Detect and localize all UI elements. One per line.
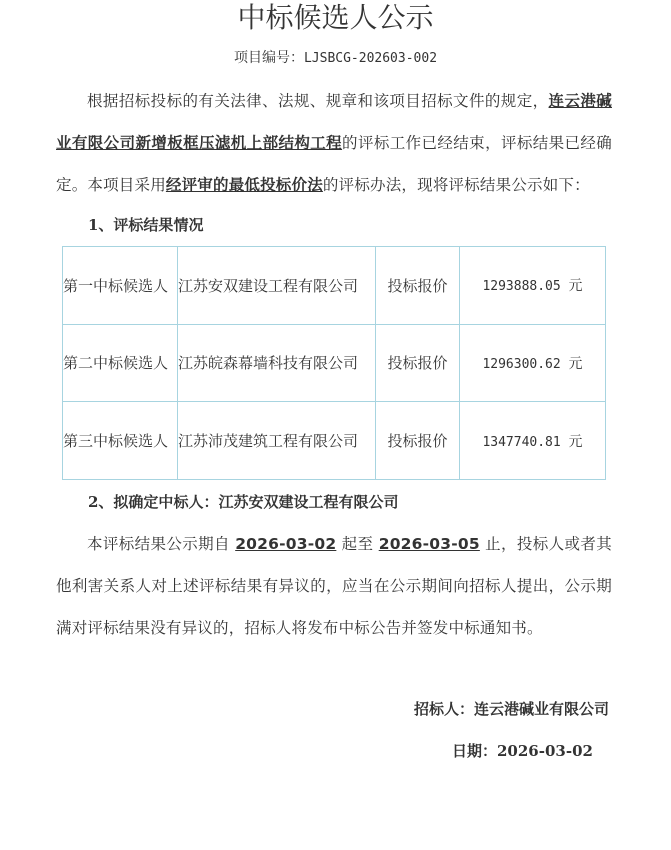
candidate-company: 江苏安双建设工程有限公司: [178, 247, 376, 325]
project-number: 项目编号：LJSBCG-202603-002: [0, 48, 671, 69]
price-unit: 元: [569, 434, 583, 450]
candidate-company: 江苏沛茂建筑工程有限公司: [178, 402, 376, 480]
price-label: 投标报价: [376, 324, 460, 402]
table-row: 第三中标候选人 江苏沛茂建筑工程有限公司 投标报价 1347740.81 元: [63, 402, 606, 480]
bid-price: 1296300.62 元: [460, 324, 606, 402]
price-label: 投标报价: [376, 247, 460, 325]
price-unit: 元: [569, 356, 583, 372]
intro-suffix: 的评标办法，现将评标结果公示如下：: [323, 176, 590, 194]
notice-part1: 本评标结果公示期自: [87, 535, 235, 553]
intro-prefix: 根据招标投标的有关法律、法规、规章和该项目招标文件的规定，: [87, 92, 549, 110]
notice-part2: 起至: [336, 535, 378, 553]
price-value: 1296300.62: [482, 357, 560, 372]
table-row: 第一中标候选人 江苏安双建设工程有限公司 投标报价 1293888.05 元: [63, 247, 606, 325]
intro-paragraph: 根据招标投标的有关法律、法规、规章和该项目招标文件的规定，连云港碱业有限公司新增…: [56, 80, 612, 206]
table-row: 第二中标候选人 江苏皖森幕墙科技有限公司 投标报价 1296300.62 元: [63, 324, 606, 402]
evaluation-method: 经评审的最低投标价法: [166, 176, 323, 194]
bid-price: 1347740.81 元: [460, 402, 606, 480]
candidate-rank: 第三中标候选人: [63, 402, 178, 480]
section-heading-winner: 2、拟确定中标人：江苏安双建设工程有限公司: [88, 491, 398, 512]
section-heading-results: 1、评标结果情况: [88, 214, 203, 235]
candidate-rank: 第二中标候选人: [63, 324, 178, 402]
price-label: 投标报价: [376, 402, 460, 480]
end-date: 2026-03-05: [379, 535, 480, 553]
notice-paragraph: 本评标结果公示期自 2026-03-02 起至 2026-03-05 止，投标人…: [56, 523, 612, 649]
publish-date: 日期：2026-03-02: [452, 740, 593, 761]
candidate-company: 江苏皖森幕墙科技有限公司: [178, 324, 376, 402]
price-value: 1347740.81: [482, 435, 560, 450]
price-value: 1293888.05: [482, 279, 560, 294]
page-title: 中标候选人公示: [0, 0, 671, 36]
candidate-rank: 第一中标候选人: [63, 247, 178, 325]
start-date: 2026-03-02: [235, 535, 336, 553]
project-number-label: 项目编号：: [234, 50, 304, 66]
bid-price: 1293888.05 元: [460, 247, 606, 325]
tenderer-signature: 招标人：连云港碱业有限公司: [414, 698, 609, 719]
price-unit: 元: [569, 278, 583, 294]
candidates-table: 第一中标候选人 江苏安双建设工程有限公司 投标报价 1293888.05 元 第…: [62, 246, 606, 480]
project-number-value: LJSBCG-202603-002: [304, 51, 437, 66]
